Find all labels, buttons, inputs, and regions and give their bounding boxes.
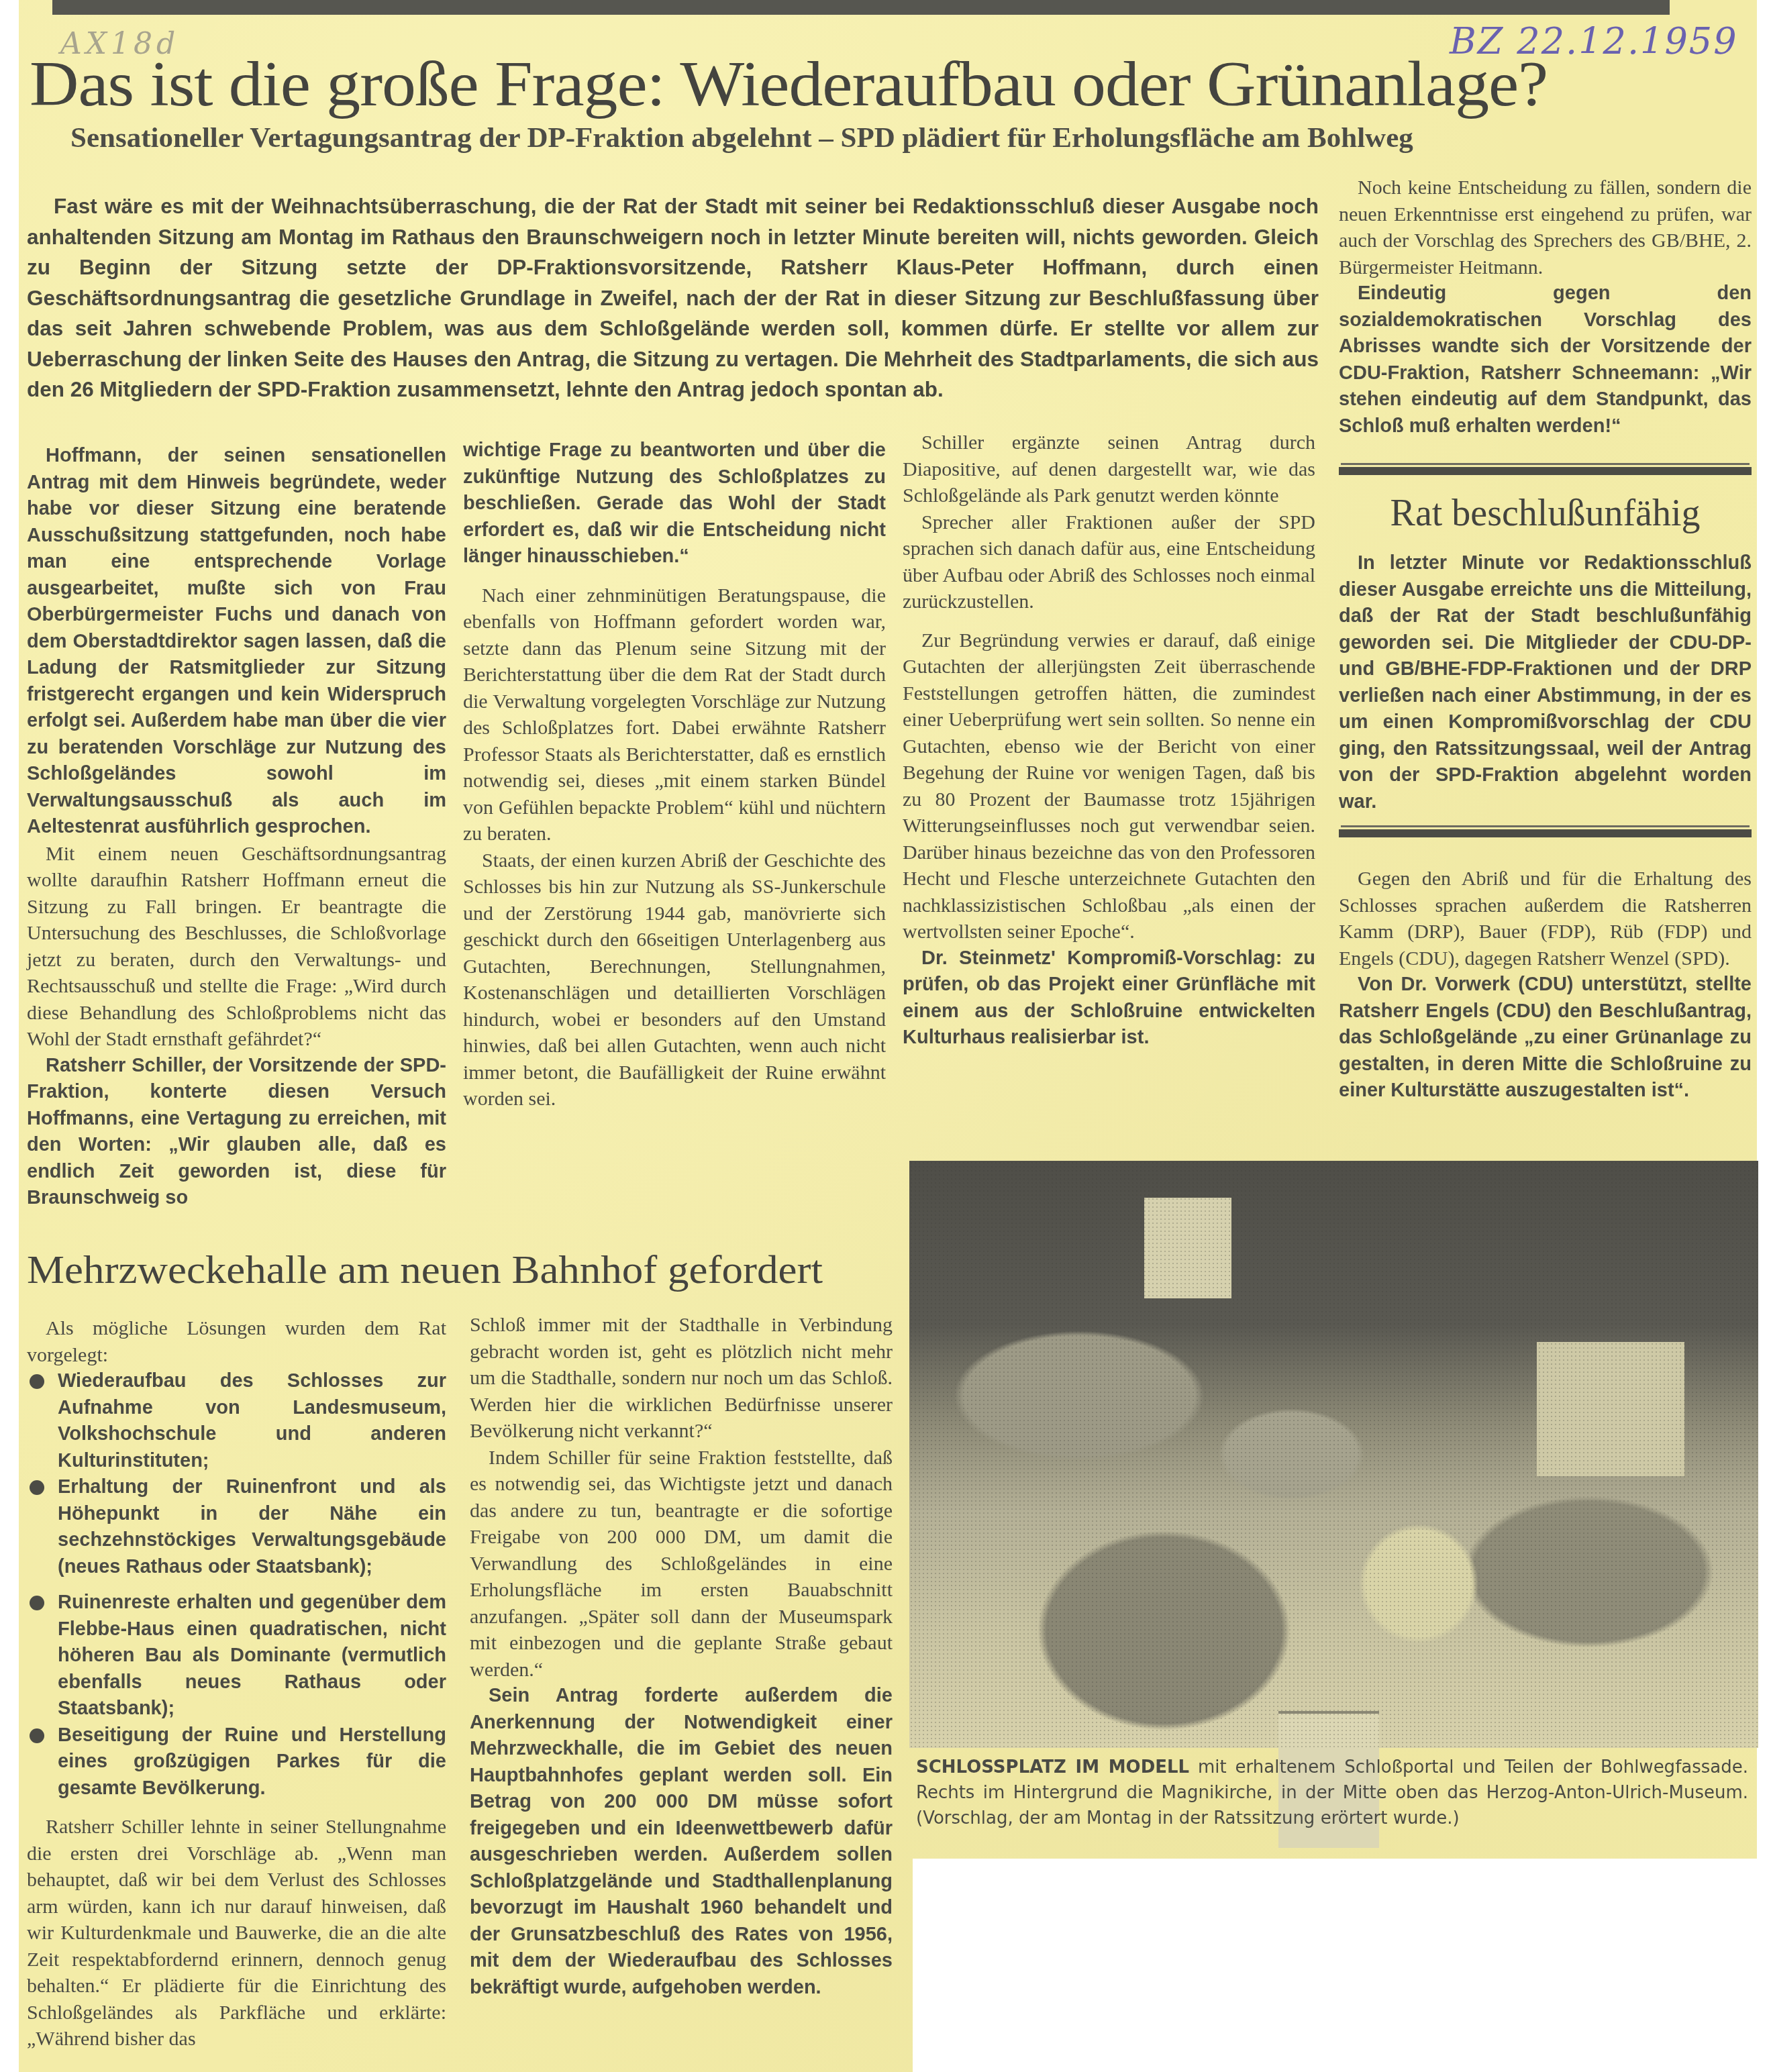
- paragraph: Nach einer zehnminütigen Beratungspause,…: [463, 582, 886, 847]
- list-item: Wiederaufbau des Schlosses zur Aufnahme …: [27, 1368, 446, 1474]
- clipping-cutout-bottom-right: [913, 1859, 1771, 2072]
- headline: Das ist die große Frage: Wiederaufbau od…: [30, 47, 1771, 121]
- paragraph-compromise-proposal: Dr. Steinmetz' Kompromiß-Vorschlag: zu p…: [903, 945, 1315, 1051]
- paragraph: Schloß immer mit der Stadthalle in Verbi…: [470, 1312, 893, 1445]
- paragraph: Hoffmann, der seinen sensationellen Antr…: [27, 443, 446, 841]
- bullet-icon: [30, 1374, 44, 1389]
- paragraph: Von Dr. Vorwerk (CDU) unterstützt, stell…: [1339, 972, 1752, 1104]
- paragraph: Eindeutig gegen den sozialdemokratischen…: [1339, 280, 1752, 439]
- bullet-icon: [30, 1728, 44, 1743]
- paragraph: Als mögliche Lösungen wurden dem Rat vor…: [27, 1315, 446, 1368]
- section2-column-2: Schloß immer mit der Stadthalle in Verbi…: [470, 1312, 893, 2001]
- paragraph: Zur Begründung verwies er darauf, daß ei…: [903, 627, 1315, 945]
- caption-title: SCHLOSSPLATZ IM MODELL: [916, 1757, 1189, 1777]
- top-border-bar: [52, 0, 1670, 15]
- paragraph: Staats, der einen kurzen Abriß der Gesch…: [463, 847, 886, 1112]
- box-divider-bottom: [1339, 827, 1752, 837]
- paragraph: Noch keine Entscheidung zu fällen, sonde…: [1339, 174, 1752, 280]
- section-headline: Mehrzweckehalle am neuen Bahnhof geforde…: [27, 1245, 943, 1294]
- paragraph: Gegen den Abriß und für die Erhaltung de…: [1339, 866, 1752, 972]
- paragraph: wichtige Frage zu beantworten und über d…: [463, 437, 886, 570]
- photo-caption: SCHLOSSPLATZ IM MODELL mit erhaltenem Sc…: [916, 1755, 1748, 1831]
- paragraph: In letzter Minute vor Redaktionsschluß d…: [1339, 550, 1752, 815]
- article-column-4-top: Noch keine Entscheidung zu fällen, sonde…: [1339, 174, 1752, 439]
- box-divider-top: [1339, 465, 1752, 475]
- clipping-edge-right: [1757, 0, 1771, 2072]
- paragraph: Sprecher aller Fraktionen außer der SPD …: [903, 509, 1315, 615]
- paragraph: Indem Schiller für seine Fraktion festst…: [470, 1445, 893, 1684]
- schlossplatz-model-photo: [909, 1161, 1758, 1748]
- article-column-4-lower: Gegen den Abriß und für die Erhaltung de…: [1339, 866, 1752, 1104]
- paragraph: Mit einem neuen Geschäftsordnungsantrag …: [27, 841, 446, 1053]
- proposals-list: Wiederaufbau des Schlosses zur Aufnahme …: [27, 1368, 446, 1802]
- box-text: In letzter Minute vor Redaktionsschluß d…: [1339, 550, 1752, 815]
- paragraph: Sein Antrag forderte außerdem die Anerke…: [470, 1683, 893, 2001]
- article-column-2: wichtige Frage zu beantworten und über d…: [463, 437, 886, 1112]
- lead-paragraph: Fast wäre es mit der Weihnachtsüberrasch…: [27, 191, 1319, 405]
- list-item: Beseitigung der Ruine und Herstellung ei…: [27, 1722, 446, 1802]
- list-item: Erhaltung der Ruinenfront und als Höhepu…: [27, 1474, 446, 1580]
- list-item: Ruinenreste erhalten und gegenüber dem F…: [27, 1590, 446, 1722]
- box-headline: Rat beschlußunfähig: [1339, 490, 1752, 537]
- paragraph: Schiller ergänzte seinen Antrag durch Di…: [903, 429, 1315, 509]
- paragraph: Ratsherr Schiller lehnte in seiner Stell…: [27, 1814, 446, 2053]
- bullet-icon: [30, 1480, 44, 1495]
- article-column-3: Schiller ergänzte seinen Antrag durch Di…: [903, 429, 1315, 1051]
- bullet-icon: [30, 1596, 44, 1610]
- subheadline: Sensationeller Vertagungsantrag der DP-F…: [70, 121, 1748, 156]
- halftone-texture: [909, 1161, 1758, 1748]
- article-column-1: Hoffmann, der seinen sensationellen Antr…: [27, 443, 446, 1212]
- paragraph: Ratsherr Schiller, der Vorsitzende der S…: [27, 1053, 446, 1212]
- section2-column-1: Als mögliche Lösungen wurden dem Rat vor…: [27, 1315, 446, 2053]
